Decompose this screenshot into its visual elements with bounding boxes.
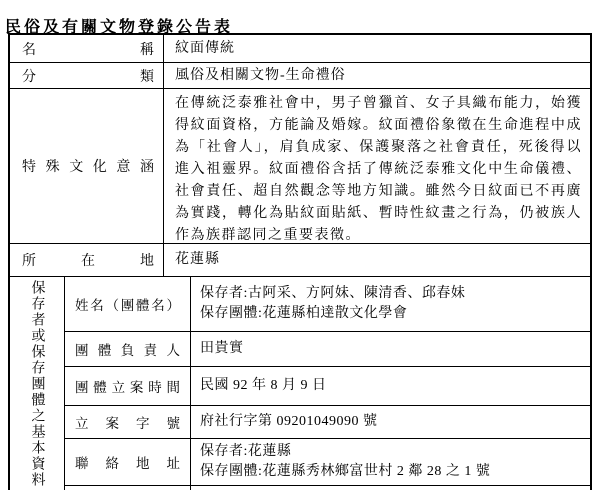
row-category: 分類 風俗及相關文物-生命禮俗 (10, 62, 590, 88)
field-value-group-leader: 田貴實 (190, 332, 590, 366)
field-value-registration-number: 府社行字第 09201049090 號 (190, 406, 590, 438)
field-label-name: 名稱 (10, 35, 163, 62)
row-registration-number: 立案字號 府社行字第 09201049090 號 (65, 405, 590, 438)
row-registration-date: 團體立案時間 民國 92 年 8 月 9 日 (65, 366, 590, 406)
field-label-registration-date: 團體立案時間 (65, 367, 190, 406)
field-value-location: 花蓮縣 (163, 244, 590, 276)
preserver-group-column: 保存者或保存團體之基本資料 (10, 277, 65, 490)
field-label-location: 所在地 (10, 244, 163, 276)
preserver-rows: 姓名（團體名） 保存者:古阿采、方阿妹、陳清香、邱春妹 保存團體:花蓮縣柏達散文… (65, 277, 590, 490)
field-value-preserver-names: 保存者:古阿采、方阿妹、陳清香、邱春妹 保存團體:花蓮縣柏達散文化學會 (190, 277, 590, 331)
field-label-preserver-names: 姓名（團體名） (65, 277, 190, 331)
registration-table: 名稱 紋面傳統 分類 風俗及相關文物-生命禮俗 特殊文化意涵 在傳統泛泰雅社會中… (8, 33, 592, 490)
field-label-registration-number: 立案字號 (65, 406, 190, 438)
row-location: 所在地 花蓮縣 (10, 243, 590, 276)
field-value-registration-date: 民國 92 年 8 月 9 日 (190, 367, 590, 406)
field-value-name: 紋面傳統 (163, 35, 590, 62)
field-value-contact-address: 保存者:花蓮縣 保存團體:花蓮縣秀林鄉富世村 2 鄰 28 之 1 號 (190, 439, 590, 485)
field-label-group-leader: 團體負責人 (65, 332, 190, 366)
field-value-category: 風俗及相關文物-生命禮俗 (163, 63, 590, 88)
row-preserver-names: 姓名（團體名） 保存者:古阿采、方阿妹、陳清香、邱春妹 保存團體:花蓮縣柏達散文… (65, 277, 590, 331)
row-special-meaning: 特殊文化意涵 在傳統泛泰雅社會中，男子曾獵首、女子具織布能力，始獲得紋面資格，方… (10, 88, 590, 243)
field-label-category: 分類 (10, 63, 163, 88)
preserver-group-label: 保存者或保存團體之基本資料 (10, 280, 65, 488)
row-contact-address: 聯絡地址 保存者:花蓮縣 保存團體:花蓮縣秀林鄉富世村 2 鄰 28 之 1 號 (65, 438, 590, 485)
special-meaning-paragraph: 在傳統泛泰雅社會中，男子曾獵首、女子具織布能力，始獲得紋面資格，方能論及婚嫁。紋… (175, 93, 582, 247)
preserver-section: 保存者或保存團體之基本資料 姓名（團體名） 保存者:古阿采、方阿妹、陳清香、邱春… (10, 276, 590, 490)
row-clipped (65, 485, 590, 490)
row-group-leader: 團體負責人 田貴實 (65, 331, 590, 366)
field-label-contact-address: 聯絡地址 (65, 439, 190, 485)
row-name: 名稱 紋面傳統 (10, 35, 590, 62)
field-label-special-meaning: 特殊文化意涵 (10, 89, 163, 243)
field-value-special-meaning: 在傳統泛泰雅社會中，男子曾獵首、女子具織布能力，始獲得紋面資格，方能論及婚嫁。紋… (163, 89, 590, 243)
